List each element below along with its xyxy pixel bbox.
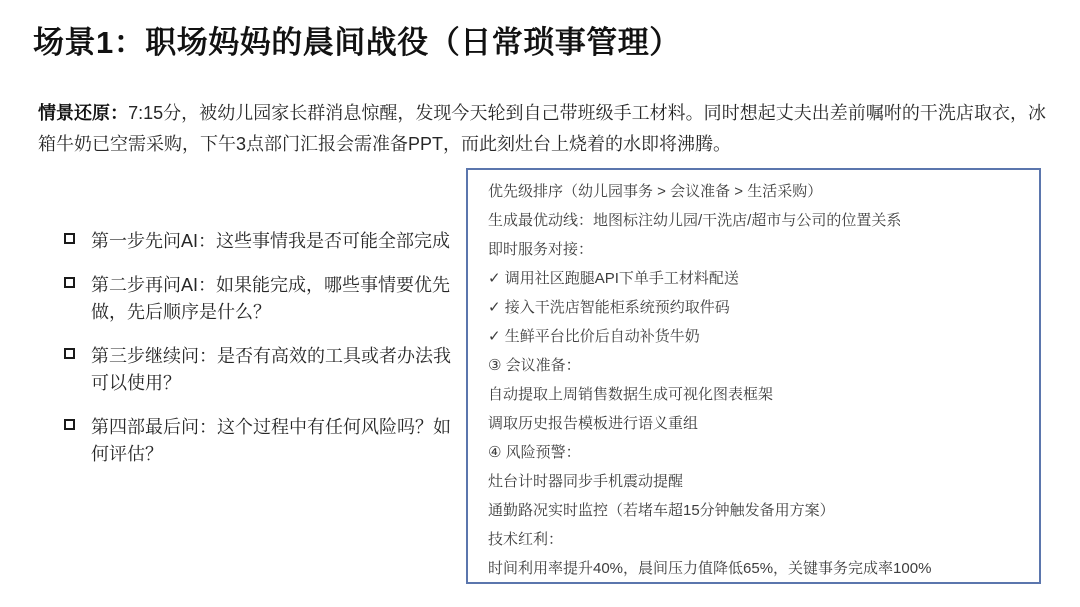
checkbox-bullet-icon xyxy=(64,348,75,359)
ai-question-steps-list: 第一步先问AI：这些事情我是否可能全部完成 第二步再问AI：如果能完成，哪些事情… xyxy=(64,228,456,485)
panel-line: ④ 风险预警： xyxy=(488,438,1025,467)
panel-line: 技术红利： xyxy=(488,525,1025,554)
scenario-label: 情景还原： xyxy=(38,103,128,123)
step-label: 第三步继续问：是否有高效的工具或者办法我可以使用？ xyxy=(91,343,456,397)
panel-line: 调取历史报告模板进行语义重组 xyxy=(488,409,1025,438)
panel-line: 即时服务对接： xyxy=(488,235,1025,264)
panel-line: 时间利用率提升40%，晨间压力值降低65%，关键事务完成率100% xyxy=(488,554,1025,583)
slide-title: 场景1：职场妈妈的晨间战役（日常琐事管理） xyxy=(33,24,1043,61)
panel-line: 生成最优动线：地图标注幼儿园/干洗店/超市与公司的位置关系 xyxy=(488,206,1025,235)
checkbox-bullet-icon xyxy=(64,277,75,288)
panel-line: ✓ 接入干洗店智能柜系统预约取件码 xyxy=(488,293,1025,322)
panel-line: 灶台计时器同步手机震动提醒 xyxy=(488,467,1025,496)
panel-line: ✓ 调用社区跑腿API下单手工材料配送 xyxy=(488,264,1025,293)
step-label: 第二步再问AI：如果能完成，哪些事情要优先做，先后顺序是什么？ xyxy=(91,272,456,326)
step-label: 第四部最后问：这个过程中有任何风险吗？如何评估？ xyxy=(91,414,456,468)
list-item: 第三步继续问：是否有高效的工具或者办法我可以使用？ xyxy=(64,343,456,397)
presentation-slide: 场景1：职场妈妈的晨间战役（日常琐事管理） 情景还原：7:15分，被幼儿园家长群… xyxy=(0,0,1080,607)
panel-line: ✓ 生鲜平台比价后自动补货牛奶 xyxy=(488,322,1025,351)
checkbox-bullet-icon xyxy=(64,233,75,244)
list-item: 第一步先问AI：这些事情我是否可能全部完成 xyxy=(64,228,456,255)
ai-plan-panel: 优先级排序（幼儿园事务 > 会议准备 > 生活采购） 生成最优动线：地图标注幼儿… xyxy=(466,168,1041,584)
panel-line: 自动提取上周销售数据生成可视化图表框架 xyxy=(488,380,1025,409)
scenario-text: 7:15分，被幼儿园家长群消息惊醒，发现今天轮到自己带班级手工材料。同时想起丈夫… xyxy=(38,103,1046,154)
checkbox-bullet-icon xyxy=(64,419,75,430)
panel-line: ③ 会议准备： xyxy=(488,351,1025,380)
scenario-paragraph: 情景还原：7:15分，被幼儿园家长群消息惊醒，发现今天轮到自己带班级手工材料。同… xyxy=(38,98,1046,160)
list-item: 第四部最后问：这个过程中有任何风险吗？如何评估？ xyxy=(64,414,456,468)
panel-line: 通勤路况实时监控（若堵车超15分钟触发备用方案） xyxy=(488,496,1025,525)
step-label: 第一步先问AI：这些事情我是否可能全部完成 xyxy=(91,228,450,255)
panel-line: 优先级排序（幼儿园事务 > 会议准备 > 生活采购） xyxy=(488,177,1025,206)
list-item: 第二步再问AI：如果能完成，哪些事情要优先做，先后顺序是什么？ xyxy=(64,272,456,326)
